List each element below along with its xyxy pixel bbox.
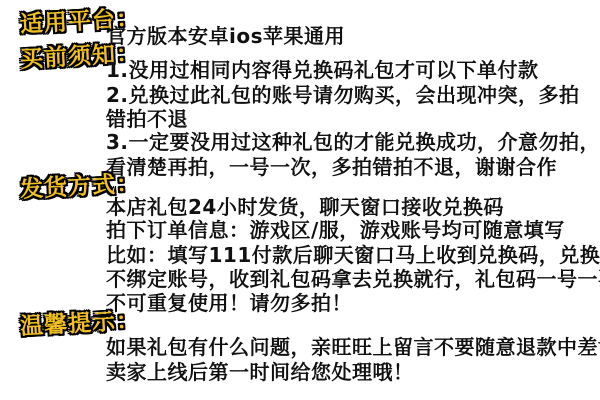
text-line-shipping-5: 不可重复使用！请勿多拍！ [106, 292, 352, 314]
text-line-note-1: 1.没用过相同内容得兑换码礼包才可以下单付款 [106, 59, 539, 81]
text-line-tips-2: 卖家上线后第一时间给您处理哦！ [106, 361, 414, 383]
text-line-platform-info: 官方版本安卓ios苹果通用 [106, 25, 345, 47]
product-notice-image: 适用平台： 官方版本安卓ios苹果通用 买前须知： 1.没用过相同内容得兑换码礼… [0, 0, 600, 400]
text-line-tips-1: 如果礼包有什么问题，亲旺旺上留言不要随意退款中差评， [106, 336, 600, 358]
text-line-note-2-cont: 错拍不退 [106, 108, 188, 130]
text-line-shipping-3: 比如：填写111付款后聊天窗口马上收到兑换码，兑换码 [106, 244, 600, 266]
text-line-note-3: 3.一定要没用过这种礼包的才能兑换成功，介意勿拍， [106, 131, 600, 153]
text-line-shipping-1: 本店礼包24小时发货，聊天窗口接收兑换码 [106, 196, 504, 218]
text-line-shipping-2: 拍下订单信息：游戏区/服，游戏账号均可随意填写 [106, 219, 565, 241]
text-line-note-3-cont: 看清楚再拍，一号一次，多拍错拍不退，谢谢合作 [106, 156, 557, 178]
text-line-shipping-4: 不绑定账号，收到礼包码拿去兑换就行，礼包码一号一次， [106, 268, 600, 290]
text-line-note-2: 2.兑换过此礼包的账号请勿购买，会出现冲突，多拍 [106, 84, 580, 106]
